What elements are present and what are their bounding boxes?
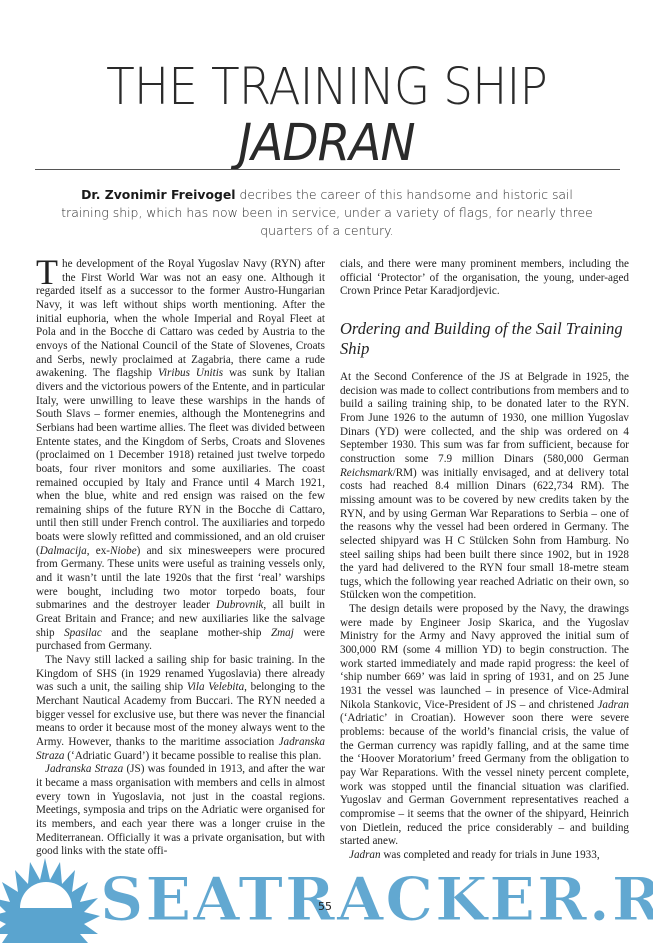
- paragraph: The development of the Royal Yugoslav Na…: [36, 258, 325, 654]
- ship-name: Zmaj: [271, 627, 294, 639]
- magazine-page: THE TRAINING SHIP JADRAN Dr. Zvonimir Fr…: [0, 0, 653, 943]
- text-run: , ex-: [87, 545, 110, 557]
- text-run: and the seaplane mother-ship: [102, 627, 271, 639]
- ship-name: Vila Velebita: [187, 681, 244, 693]
- ship-name: Jadran: [597, 699, 629, 711]
- paragraph: Jadran was completed and ready for trial…: [340, 849, 629, 863]
- text-run: /RM) was initially envisaged, and at del…: [340, 467, 629, 602]
- article-title-line1: THE TRAINING SHIP: [26, 60, 627, 116]
- standfirst: Dr. Zvonimir Freivogel decribes the care…: [58, 186, 596, 240]
- text-run: (JS) was founded in 1913, and after the …: [36, 763, 325, 857]
- text-run: At the Second Conference of the JS at Be…: [340, 371, 629, 465]
- paragraph: cials, and there were many prominent mem…: [340, 258, 629, 299]
- paragraph: Jadranska Straza (JS) was founded in 191…: [36, 763, 325, 859]
- text-run: cials, and there were many prominent mem…: [340, 258, 629, 297]
- organisation-name: Jadranska Straza: [45, 763, 123, 775]
- author-name: Dr. Zvonimir Freivogel: [81, 187, 235, 202]
- text-run: was sunk by Italian divers and the victo…: [36, 367, 325, 557]
- ship-name: Dalmacija: [40, 545, 87, 557]
- section-heading: Ordering and Building of the Sail Traini…: [340, 319, 629, 359]
- ship-name: Spasilac: [64, 627, 102, 639]
- title-divider: [35, 169, 620, 170]
- paragraph: The Navy still lacked a sailing ship for…: [36, 654, 325, 763]
- currency-term: Reichsmark: [340, 467, 393, 479]
- text-run: (‘Adriatic’ in Croatian). However soon t…: [340, 712, 629, 847]
- drop-cap: T: [36, 259, 58, 285]
- paragraph: At the Second Conference of the JS at Be…: [340, 371, 629, 603]
- ship-name: Jadran: [349, 849, 381, 861]
- text-run: he development of the Royal Yugoslav Nav…: [36, 258, 325, 379]
- text-run: The design details were proposed by the …: [340, 603, 629, 711]
- page-number: 55: [318, 900, 332, 913]
- article-title-line2: JADRAN: [26, 116, 627, 172]
- left-column: The development of the Royal Yugoslav Na…: [36, 258, 325, 859]
- ship-name: Niobe: [110, 545, 137, 557]
- text-run: (‘Adriatic Guard’) it became possible to…: [64, 750, 321, 762]
- text-run: was completed and ready for trials in Ju…: [381, 849, 600, 861]
- ship-name: Viribus Unitis: [158, 367, 223, 379]
- paragraph: The design details were proposed by the …: [340, 603, 629, 849]
- ship-name: Dubrovnik: [216, 599, 263, 611]
- right-column: cials, and there were many prominent mem…: [340, 258, 629, 863]
- watermark-text: SEATRACKER.RU: [100, 870, 653, 930]
